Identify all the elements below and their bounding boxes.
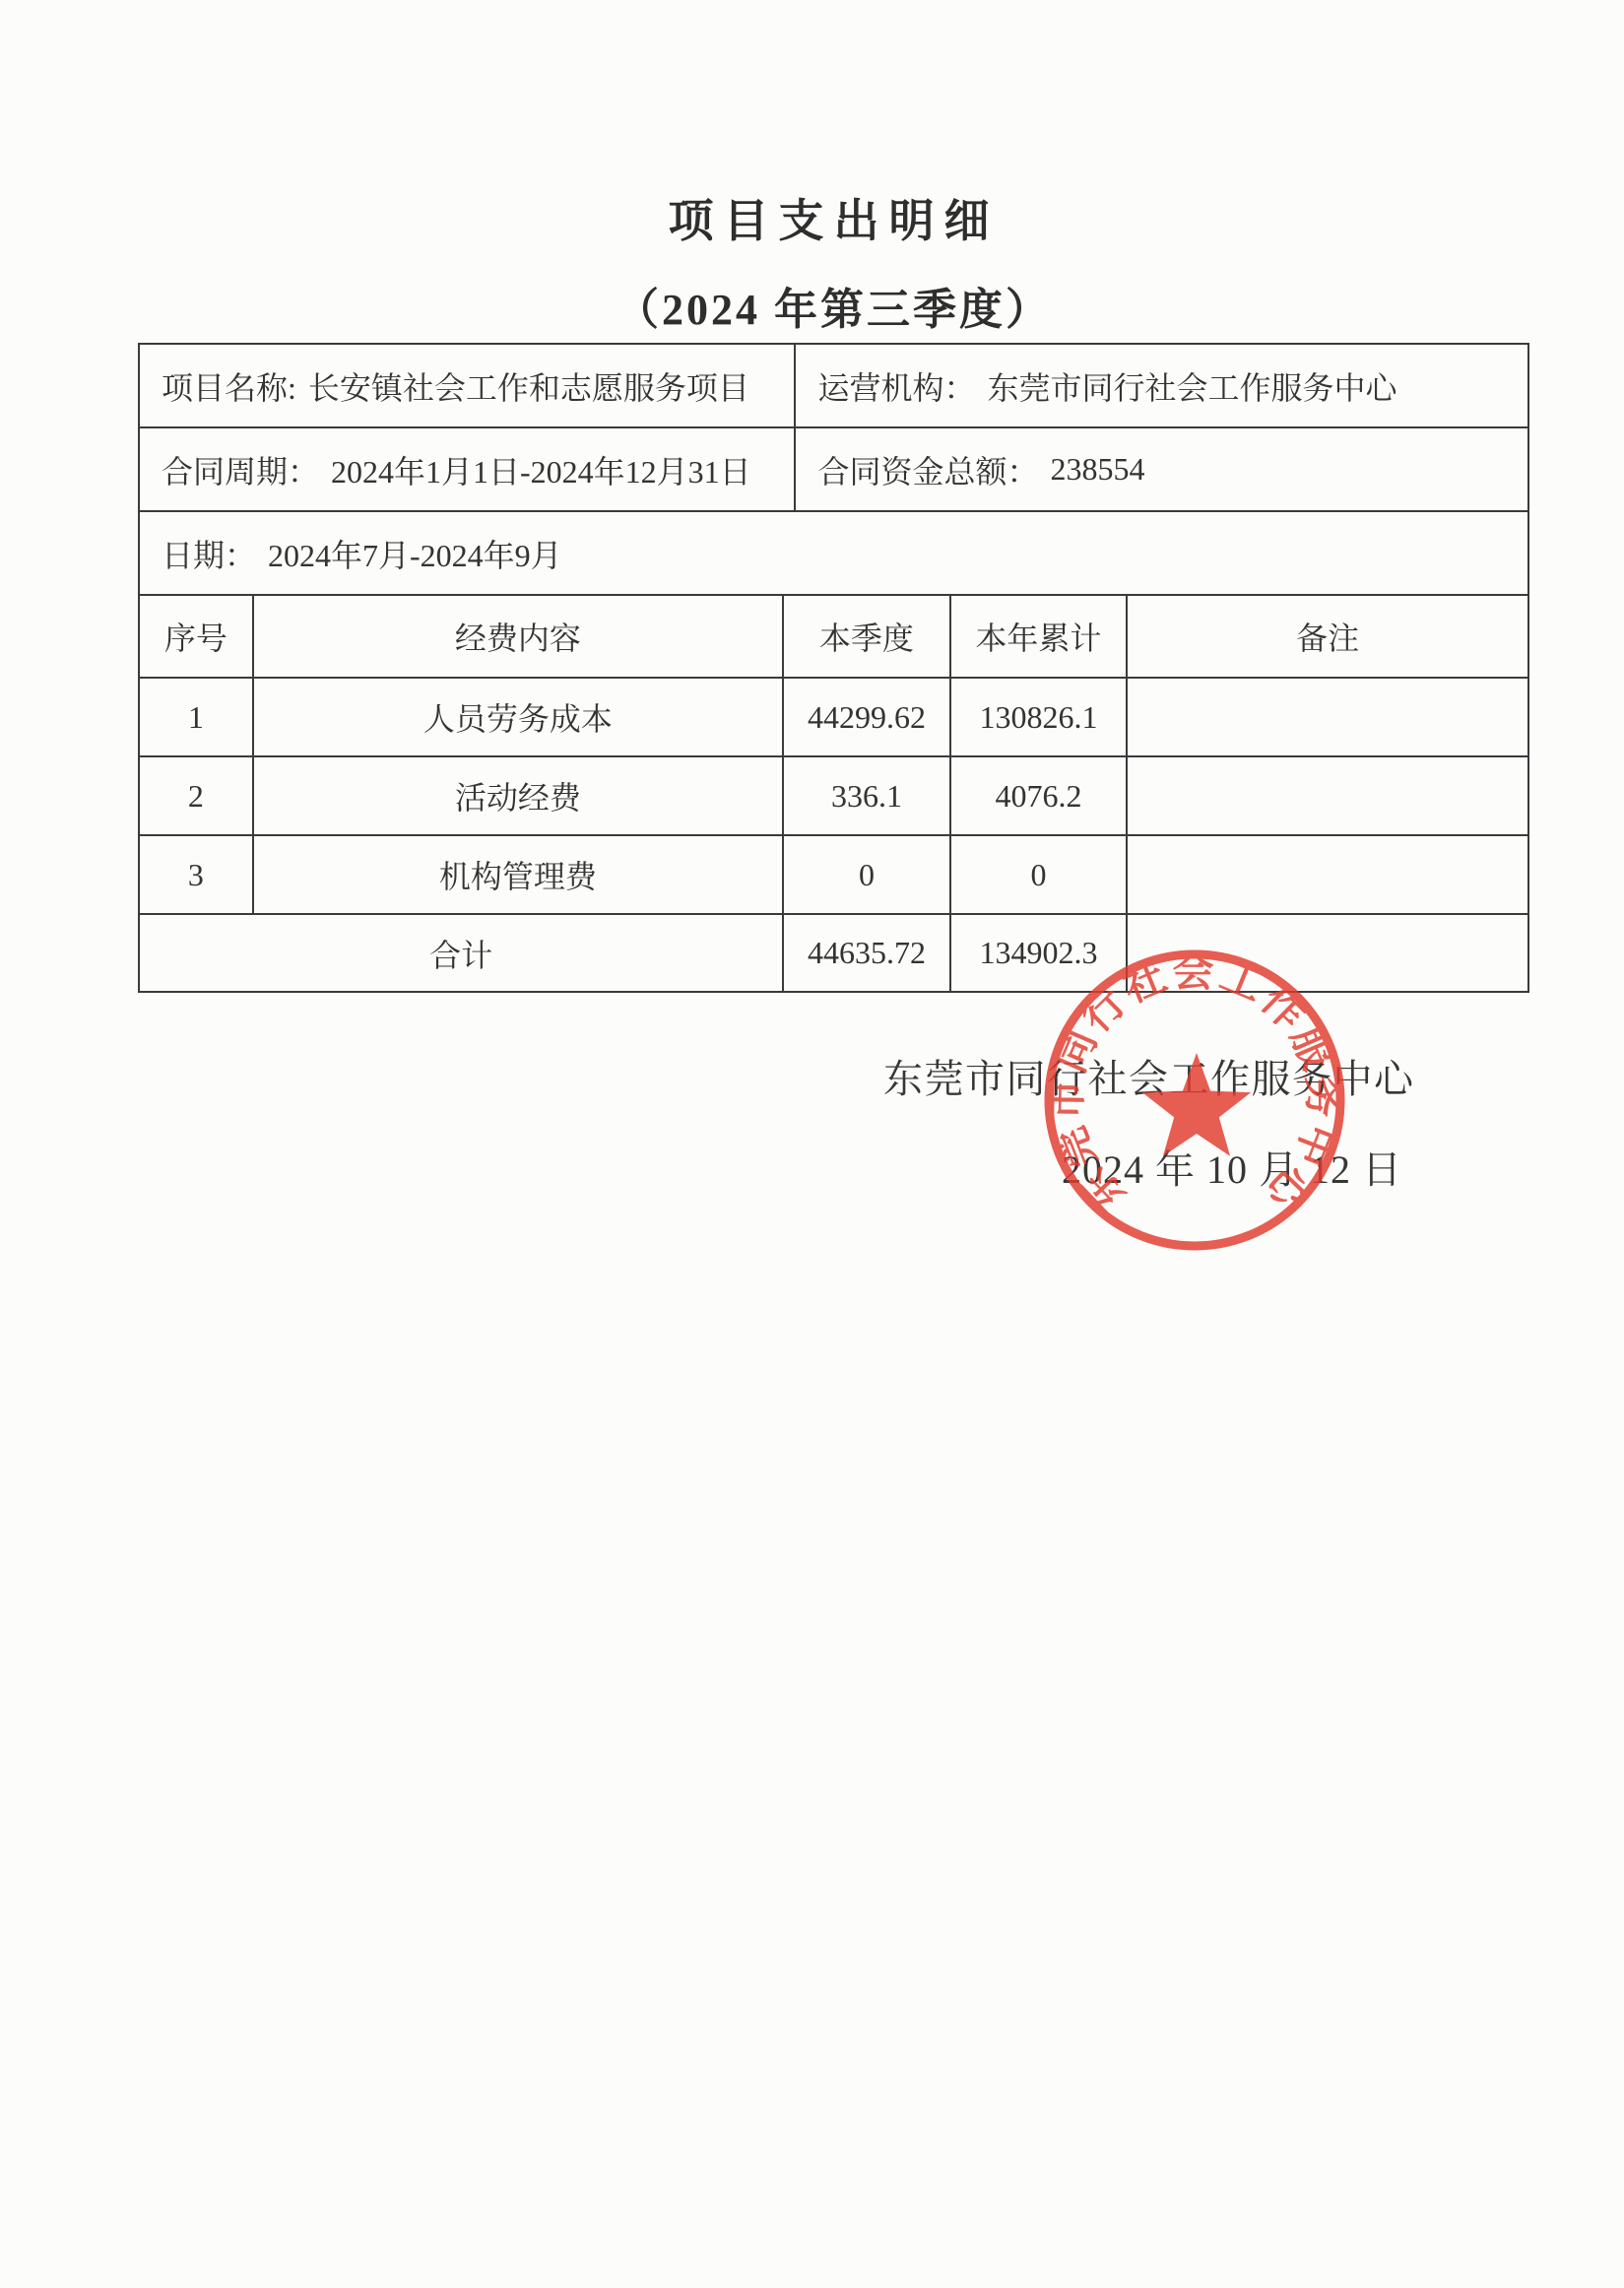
total-label: 合计 <box>140 915 784 991</box>
total-quarter: 44635.72 <box>784 915 951 991</box>
contract-fund-value: 238554 <box>1050 451 1144 488</box>
header-no: 序号 <box>140 596 254 679</box>
header-quarter: 本季度 <box>784 596 951 679</box>
row1-quarter: 44299.62 <box>784 679 951 757</box>
row3-item: 机构管理费 <box>254 836 785 915</box>
row2-no: 2 <box>140 757 254 836</box>
info-row-date: 日期： 2024年7月-2024年9月 <box>140 512 1527 596</box>
contract-fund-label: 合同资金总额： <box>817 447 1038 492</box>
row2-quarter: 336.1 <box>784 757 951 836</box>
report-date-cell: 日期： 2024年7月-2024年9月 <box>140 512 1527 596</box>
signature-org: 东莞市同行社会工作服务中心 <box>883 1048 1415 1104</box>
table-row: 3 机构管理费 0 0 <box>140 836 1527 915</box>
signature-date: 2024 年 10 月 12 日 <box>1062 1139 1402 1195</box>
header-remark: 备注 <box>1128 596 1527 679</box>
project-name-cell: 项目名称: 长安镇社会工作和志愿服务项目 <box>140 345 796 428</box>
table-header-row: 序号 经费内容 本季度 本年累计 备注 <box>140 596 1527 679</box>
row1-ytd: 130826.1 <box>951 679 1129 757</box>
page-subtitle: （2024 年第三季度） <box>138 274 1529 337</box>
project-name-value: 长安镇社会工作和志愿服务项目 <box>308 363 749 409</box>
contract-period-value: 2024年1月1日-2024年12月31日 <box>331 447 751 492</box>
operator-cell: 运营机构： 东莞市同行社会工作服务中心 <box>796 345 1527 428</box>
row2-ytd: 4076.2 <box>951 757 1129 836</box>
expenditure-table: 项目名称: 长安镇社会工作和志愿服务项目 运营机构： 东莞市同行社会工作服务中心… <box>138 343 1529 993</box>
table-row: 2 活动经费 336.1 4076.2 <box>140 757 1527 836</box>
table-total-row: 合计 44635.72 134902.3 <box>140 915 1527 991</box>
header-item: 经费内容 <box>254 596 785 679</box>
contract-period-cell: 合同周期： 2024年1月1日-2024年12月31日 <box>140 428 796 512</box>
row3-remark <box>1128 836 1527 915</box>
contract-fund-cell: 合同资金总额： 238554 <box>796 428 1527 512</box>
row2-remark <box>1128 757 1527 836</box>
row2-item: 活动经费 <box>254 757 785 836</box>
row3-quarter: 0 <box>784 836 951 915</box>
contract-period-label: 合同周期： <box>162 447 319 492</box>
table-row: 1 人员劳务成本 44299.62 130826.1 <box>140 679 1527 757</box>
row1-item: 人员劳务成本 <box>254 679 785 757</box>
row3-no: 3 <box>140 836 254 915</box>
row3-ytd: 0 <box>951 836 1129 915</box>
row1-remark <box>1128 679 1527 757</box>
project-name-label: 项目名称: <box>162 363 296 409</box>
total-remark <box>1128 915 1527 991</box>
row1-no: 1 <box>140 679 254 757</box>
total-ytd: 134902.3 <box>951 915 1129 991</box>
report-date-value: 2024年7月-2024年9月 <box>268 531 562 576</box>
page-title: 项目支出明细 <box>138 185 1529 250</box>
info-row-project: 项目名称: 长安镇社会工作和志愿服务项目 运营机构： 东莞市同行社会工作服务中心 <box>140 345 1527 428</box>
header-ytd: 本年累计 <box>951 596 1129 679</box>
operator-value: 东莞市同行社会工作服务中心 <box>987 363 1397 409</box>
operator-label: 运营机构： <box>817 363 975 409</box>
report-date-label: 日期： <box>162 531 256 576</box>
info-row-contract: 合同周期： 2024年1月1日-2024年12月31日 合同资金总额： 2385… <box>140 428 1527 512</box>
